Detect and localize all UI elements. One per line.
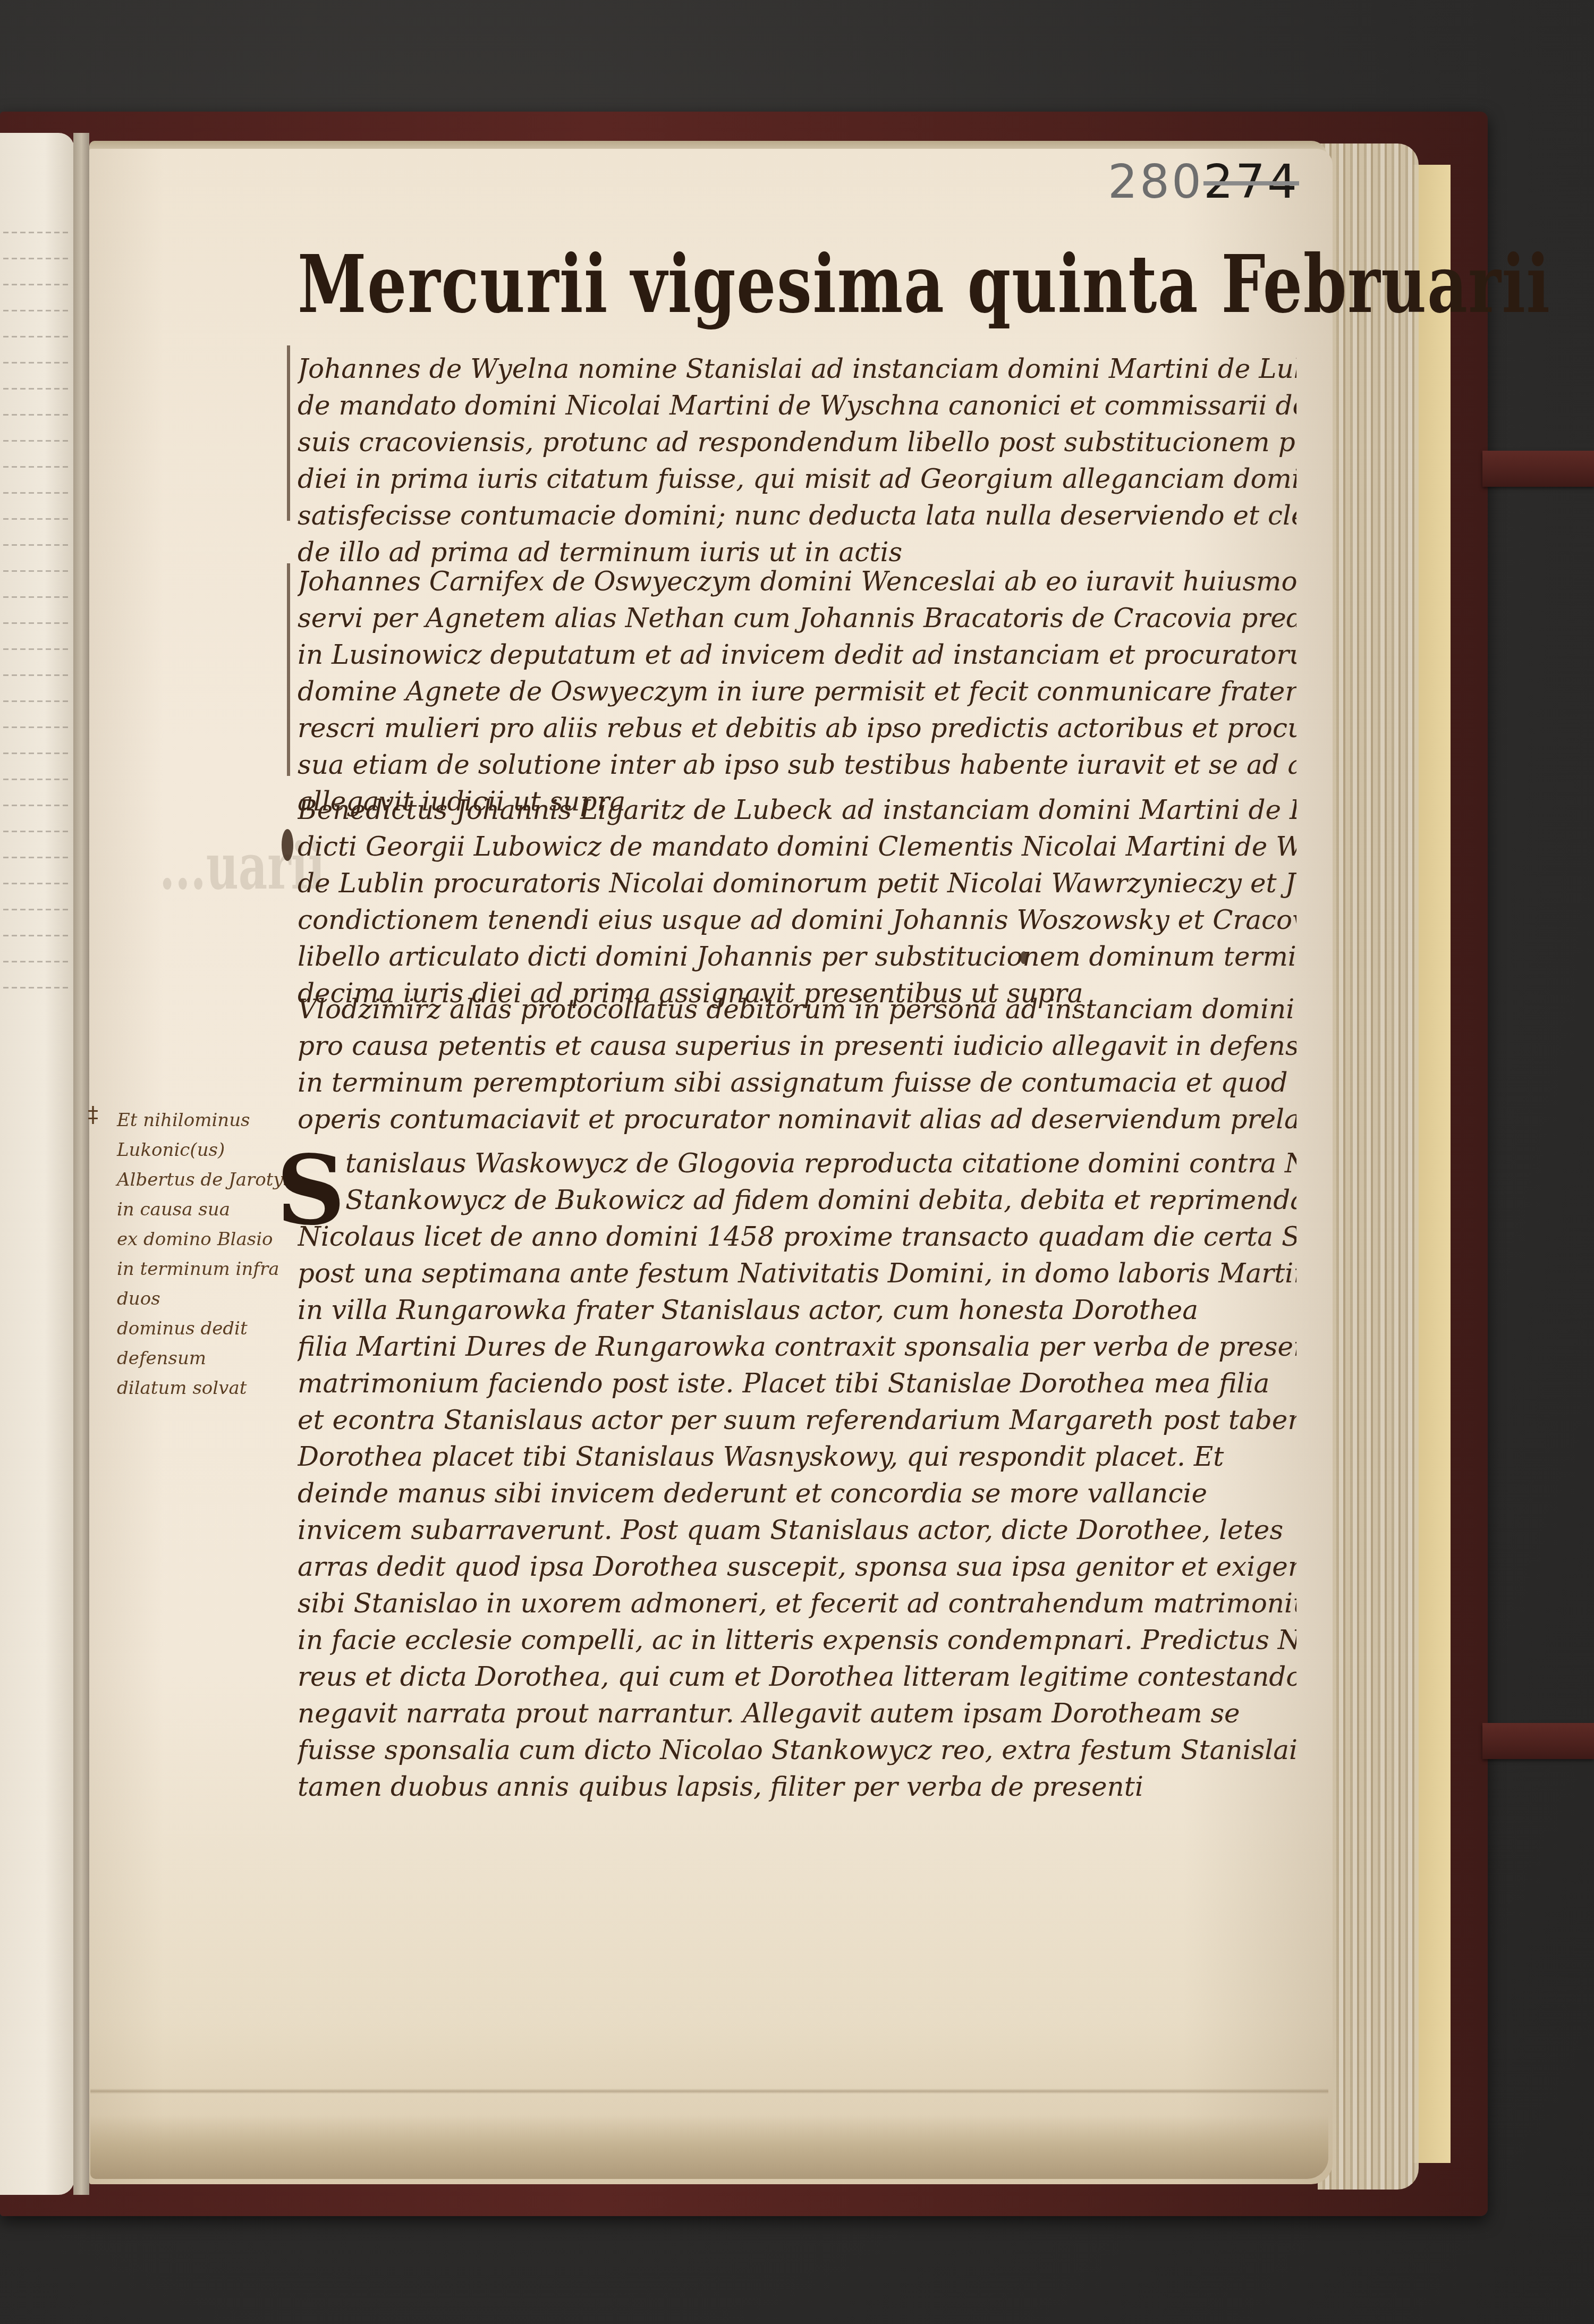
left-page-verso bbox=[0, 133, 74, 2195]
entry-line: Johannes Carnifex de Oswyeczym domini We… bbox=[298, 563, 1296, 600]
entry-line: Vlodzimirz alias protocollatus debitorum… bbox=[298, 991, 1296, 1028]
entry-line: condictionem tenendi eius usque ad domin… bbox=[298, 902, 1296, 939]
margin-line: dilatum solvat bbox=[117, 1373, 308, 1403]
margin-line: in terminum infra duos bbox=[117, 1254, 308, 1314]
entry-line: de Lublin procuratoris Nicolai dominorum… bbox=[298, 865, 1296, 902]
entry-line: diei in prima iuris citatum fuisse, qui … bbox=[298, 461, 1296, 497]
entry-line: in villa Rungarowka frater Stanislaus ac… bbox=[298, 1292, 1296, 1329]
entry-line: arras dedit quod ipsa Dorothea suscepit,… bbox=[298, 1549, 1296, 1585]
entry-bracket bbox=[287, 345, 290, 521]
folio-number-old-struck: 274 bbox=[1203, 154, 1299, 209]
water-stain-line bbox=[90, 2089, 1328, 2094]
entry-line: Benedictus Johannis Ligaritz de Lubeck a… bbox=[298, 792, 1296, 829]
entry-2: Johannes Carnifex de Oswyeczym domini We… bbox=[298, 563, 1296, 820]
entry-line: in Lusinowicz deputatum et ad invicem de… bbox=[298, 637, 1296, 673]
entry-line: deinde manus sibi invicem dederunt et co… bbox=[298, 1475, 1296, 1512]
entry-line: domine Agnete de Oswyeczym in iure permi… bbox=[298, 673, 1296, 710]
entry-5: tanislaus Waskowycz de Glogovia reproduc… bbox=[298, 1145, 1296, 1805]
entry-line: libello articulato dicti domini Johannis… bbox=[298, 939, 1296, 975]
clasp-strap-lower bbox=[1482, 1723, 1594, 1759]
text-block-fore-edge bbox=[1318, 143, 1419, 2190]
entry-line: reus et dicta Dorothea, qui cum et Dorot… bbox=[298, 1659, 1296, 1695]
water-stain-bottom bbox=[90, 2115, 1328, 2179]
folio-number-pencil: 280 bbox=[1108, 154, 1203, 209]
book-gutter bbox=[73, 133, 89, 2195]
entry-line: et econtra Stanislaus actor per suum ref… bbox=[298, 1402, 1296, 1439]
entry-line: negavit narrata prout narrantur. Allegav… bbox=[298, 1695, 1296, 1732]
entry-line: Stankowycz de Bukowicz ad fidem domini d… bbox=[298, 1182, 1296, 1219]
entry-line: suis cracoviensis, protunc ad respondend… bbox=[298, 424, 1296, 461]
entry-line: sua etiam de solutione inter ab ipso sub… bbox=[298, 747, 1296, 783]
paper-insert bbox=[1413, 165, 1451, 2163]
entry-line: servi per Agnetem alias Nethan cum Johan… bbox=[298, 600, 1296, 637]
entry-line: Johannes de Wyelna nomine Stanislai ad i… bbox=[298, 351, 1296, 387]
entry-line: pro causa petentis et causa superius in … bbox=[298, 1028, 1296, 1064]
ink-blot bbox=[282, 829, 293, 861]
entry-line: sibi Stanislao in uxorem admoneri, et fe… bbox=[298, 1585, 1296, 1622]
entry-line: satisfecisse contumacie domini; nunc ded… bbox=[298, 497, 1296, 534]
entry-line: filia Martini Dures de Rungarowka contra… bbox=[298, 1329, 1296, 1365]
entry-line: de mandato domini Nicolai Martini de Wys… bbox=[298, 387, 1296, 424]
clasp-strap-upper bbox=[1482, 451, 1594, 487]
entry-line: matrimonium faciendo post iste. Placet t… bbox=[298, 1365, 1296, 1402]
entry-bracket bbox=[287, 563, 290, 776]
entry-line: invicem subarraverunt. Post quam Stanisl… bbox=[298, 1512, 1296, 1549]
entry-line: post una septimana ante festum Nativitat… bbox=[298, 1255, 1296, 1292]
ink-blot bbox=[1020, 951, 1028, 964]
entry-line: rescri mulieri pro aliis rebus et debiti… bbox=[298, 710, 1296, 747]
entry-line: Dorothea placet tibi Stanislaus Wasnysko… bbox=[298, 1439, 1296, 1475]
entry-line: in terminum peremptorium sibi assignatum… bbox=[298, 1064, 1296, 1101]
page-heading-date: Mercurii vigesima quinta Februarii bbox=[298, 239, 1064, 329]
entry-4: Vlodzimirz alias protocollatus debitorum… bbox=[298, 991, 1296, 1138]
entry-line: Nicolaus licet de anno domini 1458 proxi… bbox=[298, 1219, 1296, 1255]
entry-line: fuisse sponsalia cum dicto Nicolao Stank… bbox=[298, 1732, 1296, 1769]
entry-3: Benedictus Johannis Ligaritz de Lubeck a… bbox=[298, 792, 1296, 1012]
margin-reference-mark: ‡ bbox=[88, 1103, 98, 1127]
entry-1: Johannes de Wyelna nomine Stanislai ad i… bbox=[298, 351, 1296, 571]
margin-line: dominus dedit defensum bbox=[117, 1314, 308, 1373]
entry-line: dicti Georgii Lubowicz de mandato domini… bbox=[298, 829, 1296, 865]
entry-line: in facie ecclesie compelli, ac in litter… bbox=[298, 1622, 1296, 1659]
entry-line: tanislaus Waskowycz de Glogovia reproduc… bbox=[298, 1145, 1296, 1182]
entry-line: tamen duobus annis quibus lapsis, filite… bbox=[298, 1769, 1296, 1805]
entry-line: operis contumaciavit et procurator nomin… bbox=[298, 1101, 1296, 1138]
